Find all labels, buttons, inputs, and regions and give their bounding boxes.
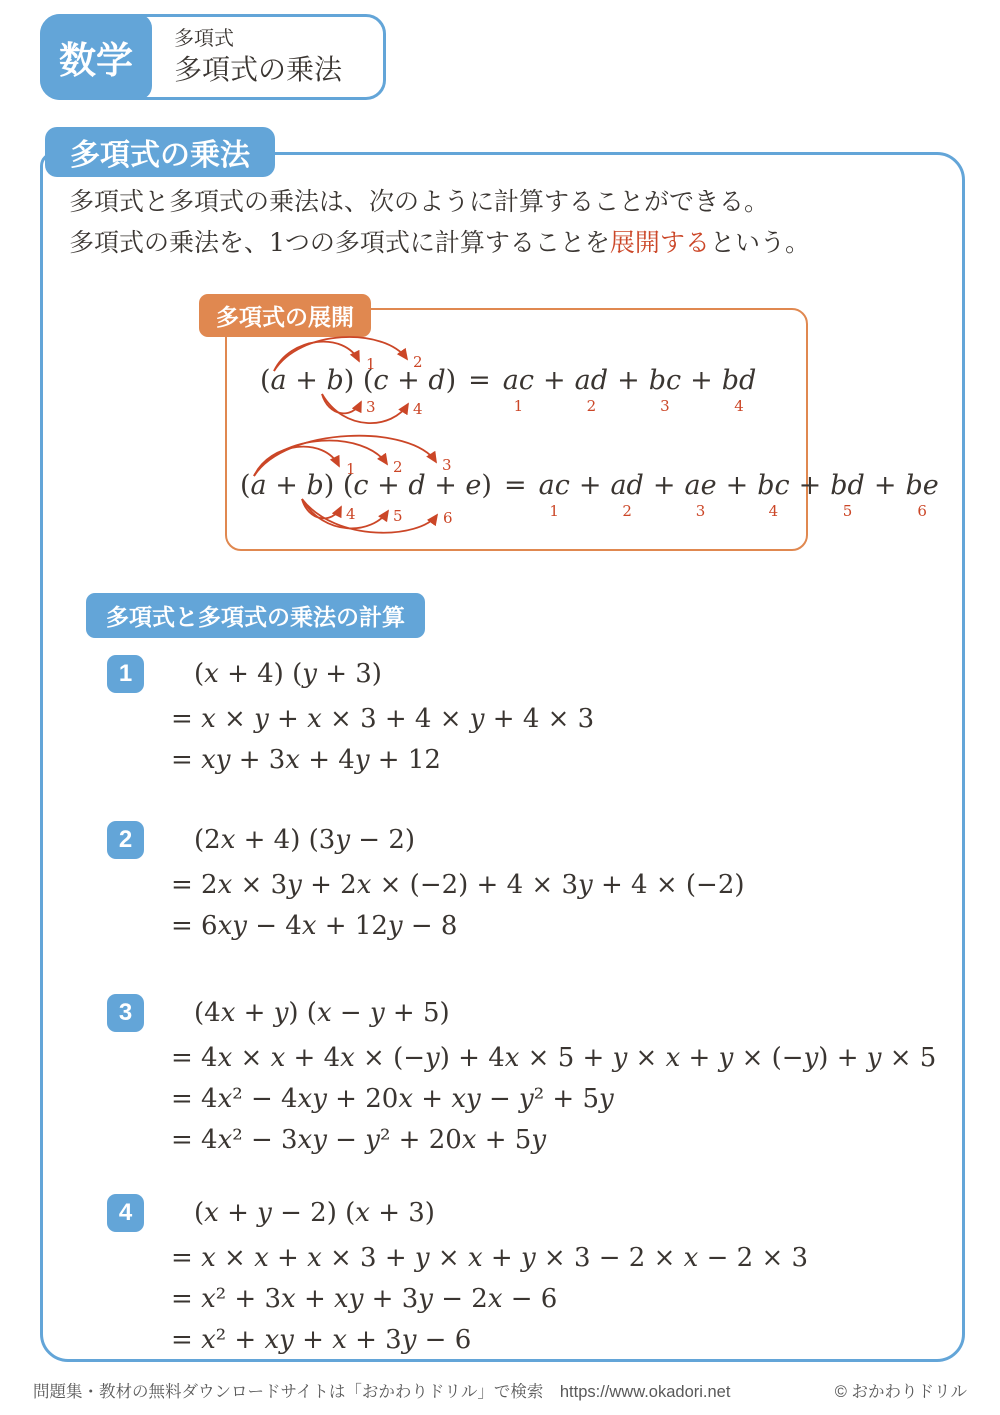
arrow-b-to-c: [302, 499, 341, 518]
arrow-b-to-c: [322, 394, 361, 413]
example-4: 4 (x + y − 2) (x + 3) = x × x + x × 3 + …: [107, 1194, 808, 1355]
plus-operator: +: [799, 470, 822, 501]
intro-line-2: 多項式の乗法を、1つの多項式に計算することを展開するという。: [69, 222, 810, 263]
example-expression: (x + 4) (y + 3): [194, 659, 382, 689]
arrow-label: 4: [346, 505, 356, 523]
arrow-label: 3: [366, 398, 376, 416]
example-2: 2 (2x + 4) (3y − 2) = 2x × 3y + 2x × (−2…: [107, 821, 745, 941]
page-footer: 問題集・教材の無料ダウンロードサイトは「おかわりドリル」で検索 https://…: [33, 1378, 967, 1402]
term-number: 4: [722, 397, 757, 415]
intro-line-1: 多項式と多項式の乗法は、次のように計算することができる。: [69, 181, 810, 222]
rhs-term-text: ac: [539, 470, 570, 501]
term-number: 2: [575, 397, 608, 415]
rhs-term-text: ad: [610, 470, 643, 501]
worksheet-header: 数学 多項式 多項式の乗法: [40, 14, 386, 100]
example-step: = x × y + x × 3 + 4 × y + 4 × 3: [171, 704, 594, 734]
example-1: 1 (x + 4) (y + 3) = x × y + x × 3 + 4 × …: [107, 655, 594, 775]
plus-operator: +: [579, 470, 602, 501]
footer-copyright: © おかわりドリル: [835, 1378, 967, 1402]
expansion-box-label: 多項式の展開: [199, 294, 371, 337]
intro-highlight: 展開する: [610, 228, 710, 257]
header-title-block: 多項式 多項式の乗法: [152, 17, 383, 97]
rhs-term: bd4: [722, 365, 757, 396]
plus-operator: +: [874, 470, 897, 501]
rhs-term: ac1: [503, 365, 534, 396]
example-number-badge: 1: [107, 655, 144, 693]
section-title-pill: 多項式の乗法: [45, 127, 275, 177]
rhs-term: ac1: [539, 470, 570, 501]
term-number: 3: [649, 397, 681, 415]
rhs-term-text: ad: [575, 365, 608, 396]
plus-operator: +: [617, 365, 640, 396]
arrow-b-to-d: [322, 394, 408, 423]
example-step: = 2x × 3y + 2x × (−2) + 4 × 3y + 4 × (−2…: [171, 870, 745, 900]
rhs-term: bd5: [830, 470, 865, 501]
unit-label: 多項式: [174, 27, 383, 52]
rhs-term-text: bc: [757, 470, 789, 501]
worksheet-title: 多項式の乗法: [174, 52, 383, 87]
expansion-formula-2: (a + b) (c + d + e) 1 2 3 4 5: [240, 470, 939, 501]
formula-1-lhs-text: (a + b) (c + d): [260, 365, 456, 396]
example-step: = 4x² − 4xy + 20x + xy − y² + 5y: [171, 1084, 936, 1114]
equals-sign: =: [504, 470, 527, 501]
example-step: = x² + xy + x + 3y − 6: [171, 1325, 808, 1355]
example-1-head: 1 (x + 4) (y + 3): [107, 655, 594, 693]
rhs-term: be6: [905, 470, 938, 501]
example-4-head: 4 (x + y − 2) (x + 3): [107, 1194, 808, 1232]
expansion-box: 多項式の展開 (a + b) (c + d) 1 2 3 4: [225, 308, 808, 551]
term-number: 3: [684, 502, 716, 520]
arrow-label: 4: [413, 400, 423, 418]
intro-paragraph: 多項式と多項式の乗法は、次のように計算することができる。 多項式の乗法を、1つの…: [69, 181, 810, 263]
example-step: = 6xy − 4x + 12y − 8: [171, 911, 745, 941]
example-number-badge: 3: [107, 994, 144, 1032]
rhs-term: ad2: [610, 470, 643, 501]
term-number: 6: [905, 502, 938, 520]
plus-operator: +: [653, 470, 676, 501]
rhs-term: bc3: [649, 365, 681, 396]
arrow-label: 5: [393, 507, 403, 525]
term-number: 4: [757, 502, 789, 520]
formula-2-lhs: (a + b) (c + d + e) 1 2 3 4 5: [240, 470, 492, 501]
example-3-head: 3 (4x + y) (x − y + 5): [107, 994, 936, 1032]
plus-operator: +: [690, 365, 713, 396]
expansion-formula-1: (a + b) (c + d) 1 2 3 4 = ac1: [260, 365, 756, 396]
arrow-label: 6: [443, 509, 453, 527]
example-expression: (x + y − 2) (x + 3): [194, 1198, 435, 1228]
example-number-badge: 4: [107, 1194, 144, 1232]
example-step: = xy + 3x + 4y + 12: [171, 745, 594, 775]
example-step: = 4x × x + 4x × (−y) + 4x × 5 + y × x + …: [171, 1043, 936, 1073]
example-3: 3 (4x + y) (x − y + 5) = 4x × x + 4x × (…: [107, 994, 936, 1155]
rhs-term: ae3: [684, 470, 716, 501]
example-number-badge: 2: [107, 821, 144, 859]
worksheet-page: 数学 多項式 多項式の乗法 多項式の乗法 多項式と多項式の乗法は、次のように計算…: [0, 0, 1000, 1415]
plus-operator: +: [726, 470, 749, 501]
rhs-term-text: bc: [649, 365, 681, 396]
term-number: 1: [539, 502, 570, 520]
formula-2-lhs-text: (a + b) (c + d + e): [240, 470, 492, 501]
plus-operator: +: [543, 365, 566, 396]
term-number: 5: [830, 502, 865, 520]
example-step: = x × x + x × 3 + y × x + y × 3 − 2 × x …: [171, 1243, 808, 1273]
term-number: 2: [610, 502, 643, 520]
calc-section-label: 多項式と多項式の乗法の計算: [86, 593, 425, 638]
example-expression: (2x + 4) (3y − 2): [194, 825, 415, 855]
example-expression: (4x + y) (x − y + 5): [194, 998, 450, 1028]
rhs-term-text: be: [905, 470, 938, 501]
footer-site-info: 問題集・教材の無料ダウンロードサイトは「おかわりドリル」で検索 https://…: [33, 1378, 730, 1402]
example-step: = x² + 3x + xy + 3y − 2x − 6: [171, 1284, 808, 1314]
rhs-term: bc4: [757, 470, 789, 501]
example-step: = 4x² − 3xy − y² + 20x + 5y: [171, 1125, 936, 1155]
rhs-term-text: ae: [684, 470, 716, 501]
term-number: 1: [503, 397, 534, 415]
content-container: 多項式と多項式の乗法は、次のように計算することができる。 多項式の乗法を、1つの…: [40, 152, 965, 1362]
rhs-term-text: ac: [503, 365, 534, 396]
intro-line-2-post: という。: [710, 228, 810, 257]
subject-badge: 数学: [40, 14, 152, 100]
rhs-term-text: bd: [722, 365, 757, 396]
arrow-b-to-e: [302, 499, 437, 533]
equals-sign: =: [468, 365, 491, 396]
intro-line-2-pre: 多項式の乗法を、1つの多項式に計算することを: [69, 228, 610, 257]
formula-1-lhs: (a + b) (c + d) 1 2 3 4: [260, 365, 456, 396]
rhs-term-text: bd: [830, 470, 865, 501]
example-2-head: 2 (2x + 4) (3y − 2): [107, 821, 745, 859]
rhs-term: ad2: [575, 365, 608, 396]
arrow-b-to-d: [302, 499, 388, 528]
